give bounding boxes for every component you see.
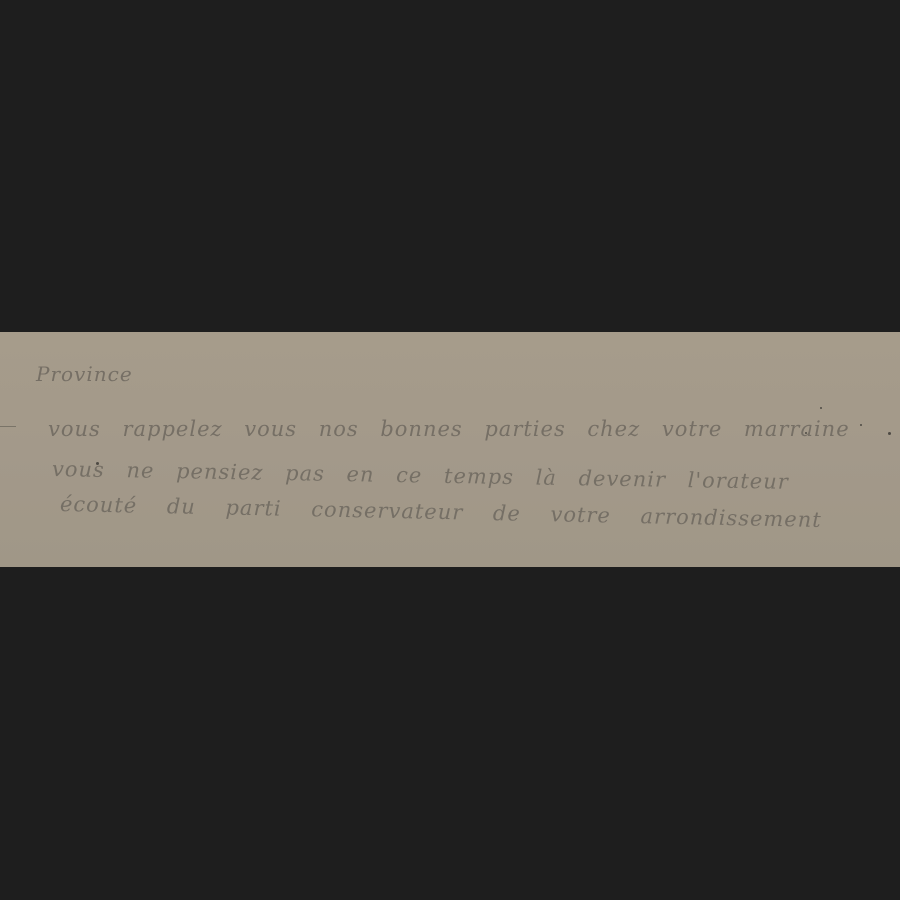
note-line-2: vous ne pensiez pas en ce temps là deven… xyxy=(52,457,789,494)
paper-speck xyxy=(888,432,891,435)
paper-speck xyxy=(860,424,862,426)
paper-strip: Province vous rappelez vous nos bonnes p… xyxy=(0,332,900,567)
margin-dash-mark xyxy=(0,426,16,427)
paper-speck xyxy=(96,462,99,465)
note-line-3: écouté du parti conservateur de votre ar… xyxy=(60,492,822,532)
paper-speck xyxy=(820,407,822,409)
note-heading: Province xyxy=(36,362,133,386)
paper-speck xyxy=(805,432,807,434)
note-line-1: vous rappelez vous nos bonnes parties ch… xyxy=(48,417,850,441)
